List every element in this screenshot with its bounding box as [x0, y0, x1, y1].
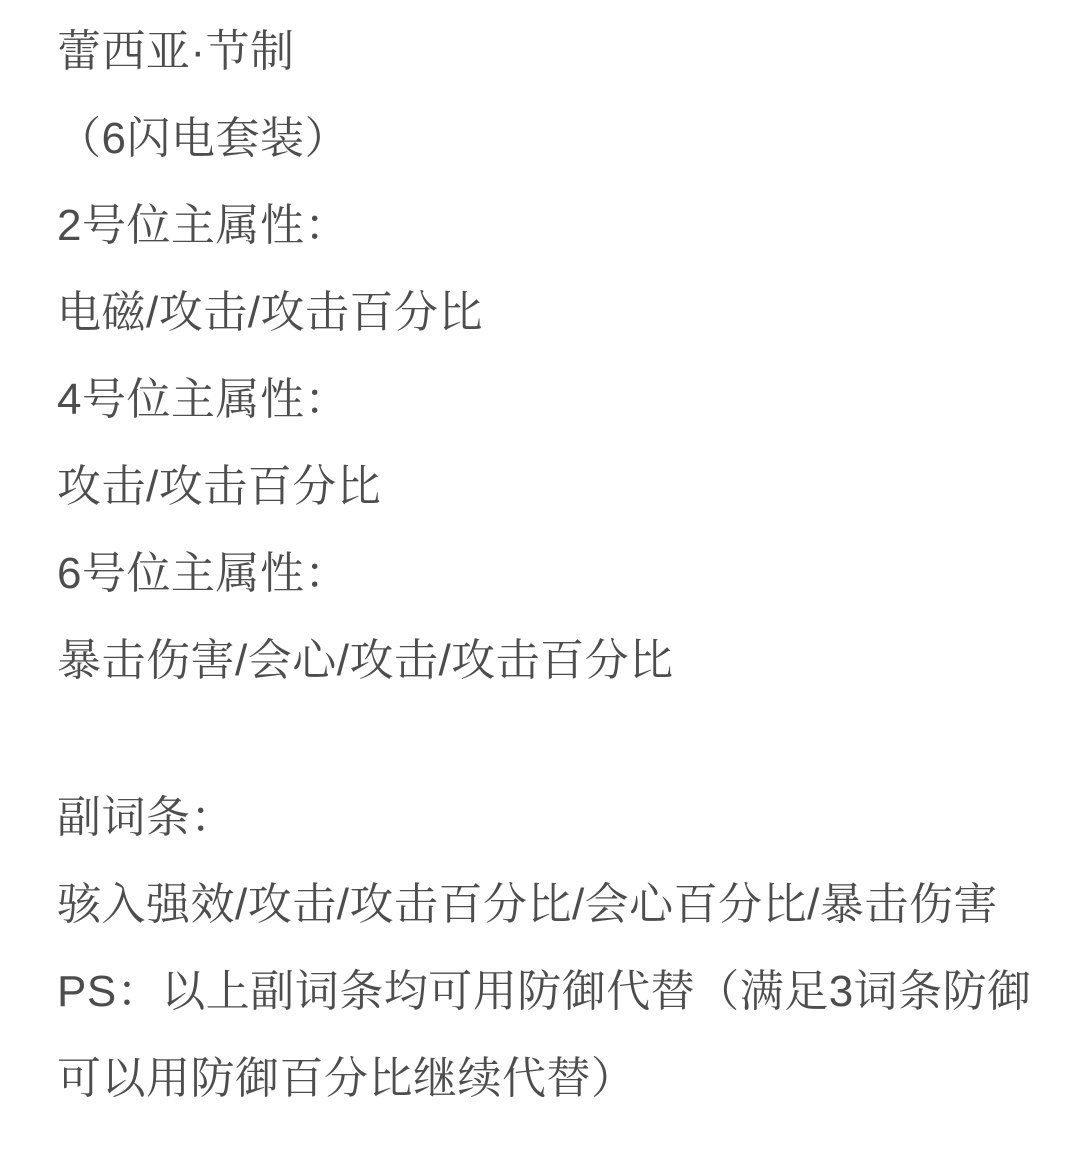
slot2-main-stat-options: 电磁/攻击/攻击百分比 — [57, 269, 1010, 356]
substat-options: 骇入强效/攻击/攻击百分比/会心百分比/暴击伤害 — [57, 861, 1010, 948]
slot6-main-stat-label: 6号位主属性： — [57, 530, 1010, 617]
character-title: 蕾西亚·节制 — [57, 8, 1010, 95]
slot4-main-stat-label: 4号位主属性： — [57, 356, 1010, 443]
build-note-page: 蕾西亚·节制 （6闪电套装） 2号位主属性： 电磁/攻击/攻击百分比 4号位主属… — [0, 0, 1080, 1150]
ps-note-line-1: PS：以上副词条均可用防御代替（满足3词条防御 — [57, 948, 1010, 1035]
slot6-main-stat-options: 暴击伤害/会心/攻击/攻击百分比 — [57, 617, 1010, 704]
set-requirement: （6闪电套装） — [57, 95, 1010, 182]
blank-line — [57, 704, 1010, 774]
slot2-main-stat-label: 2号位主属性： — [57, 182, 1010, 269]
substat-label: 副词条： — [57, 774, 1010, 861]
ps-note-line-2: 可以用防御百分比继续代替） — [57, 1035, 1010, 1122]
slot4-main-stat-options: 攻击/攻击百分比 — [57, 443, 1010, 530]
